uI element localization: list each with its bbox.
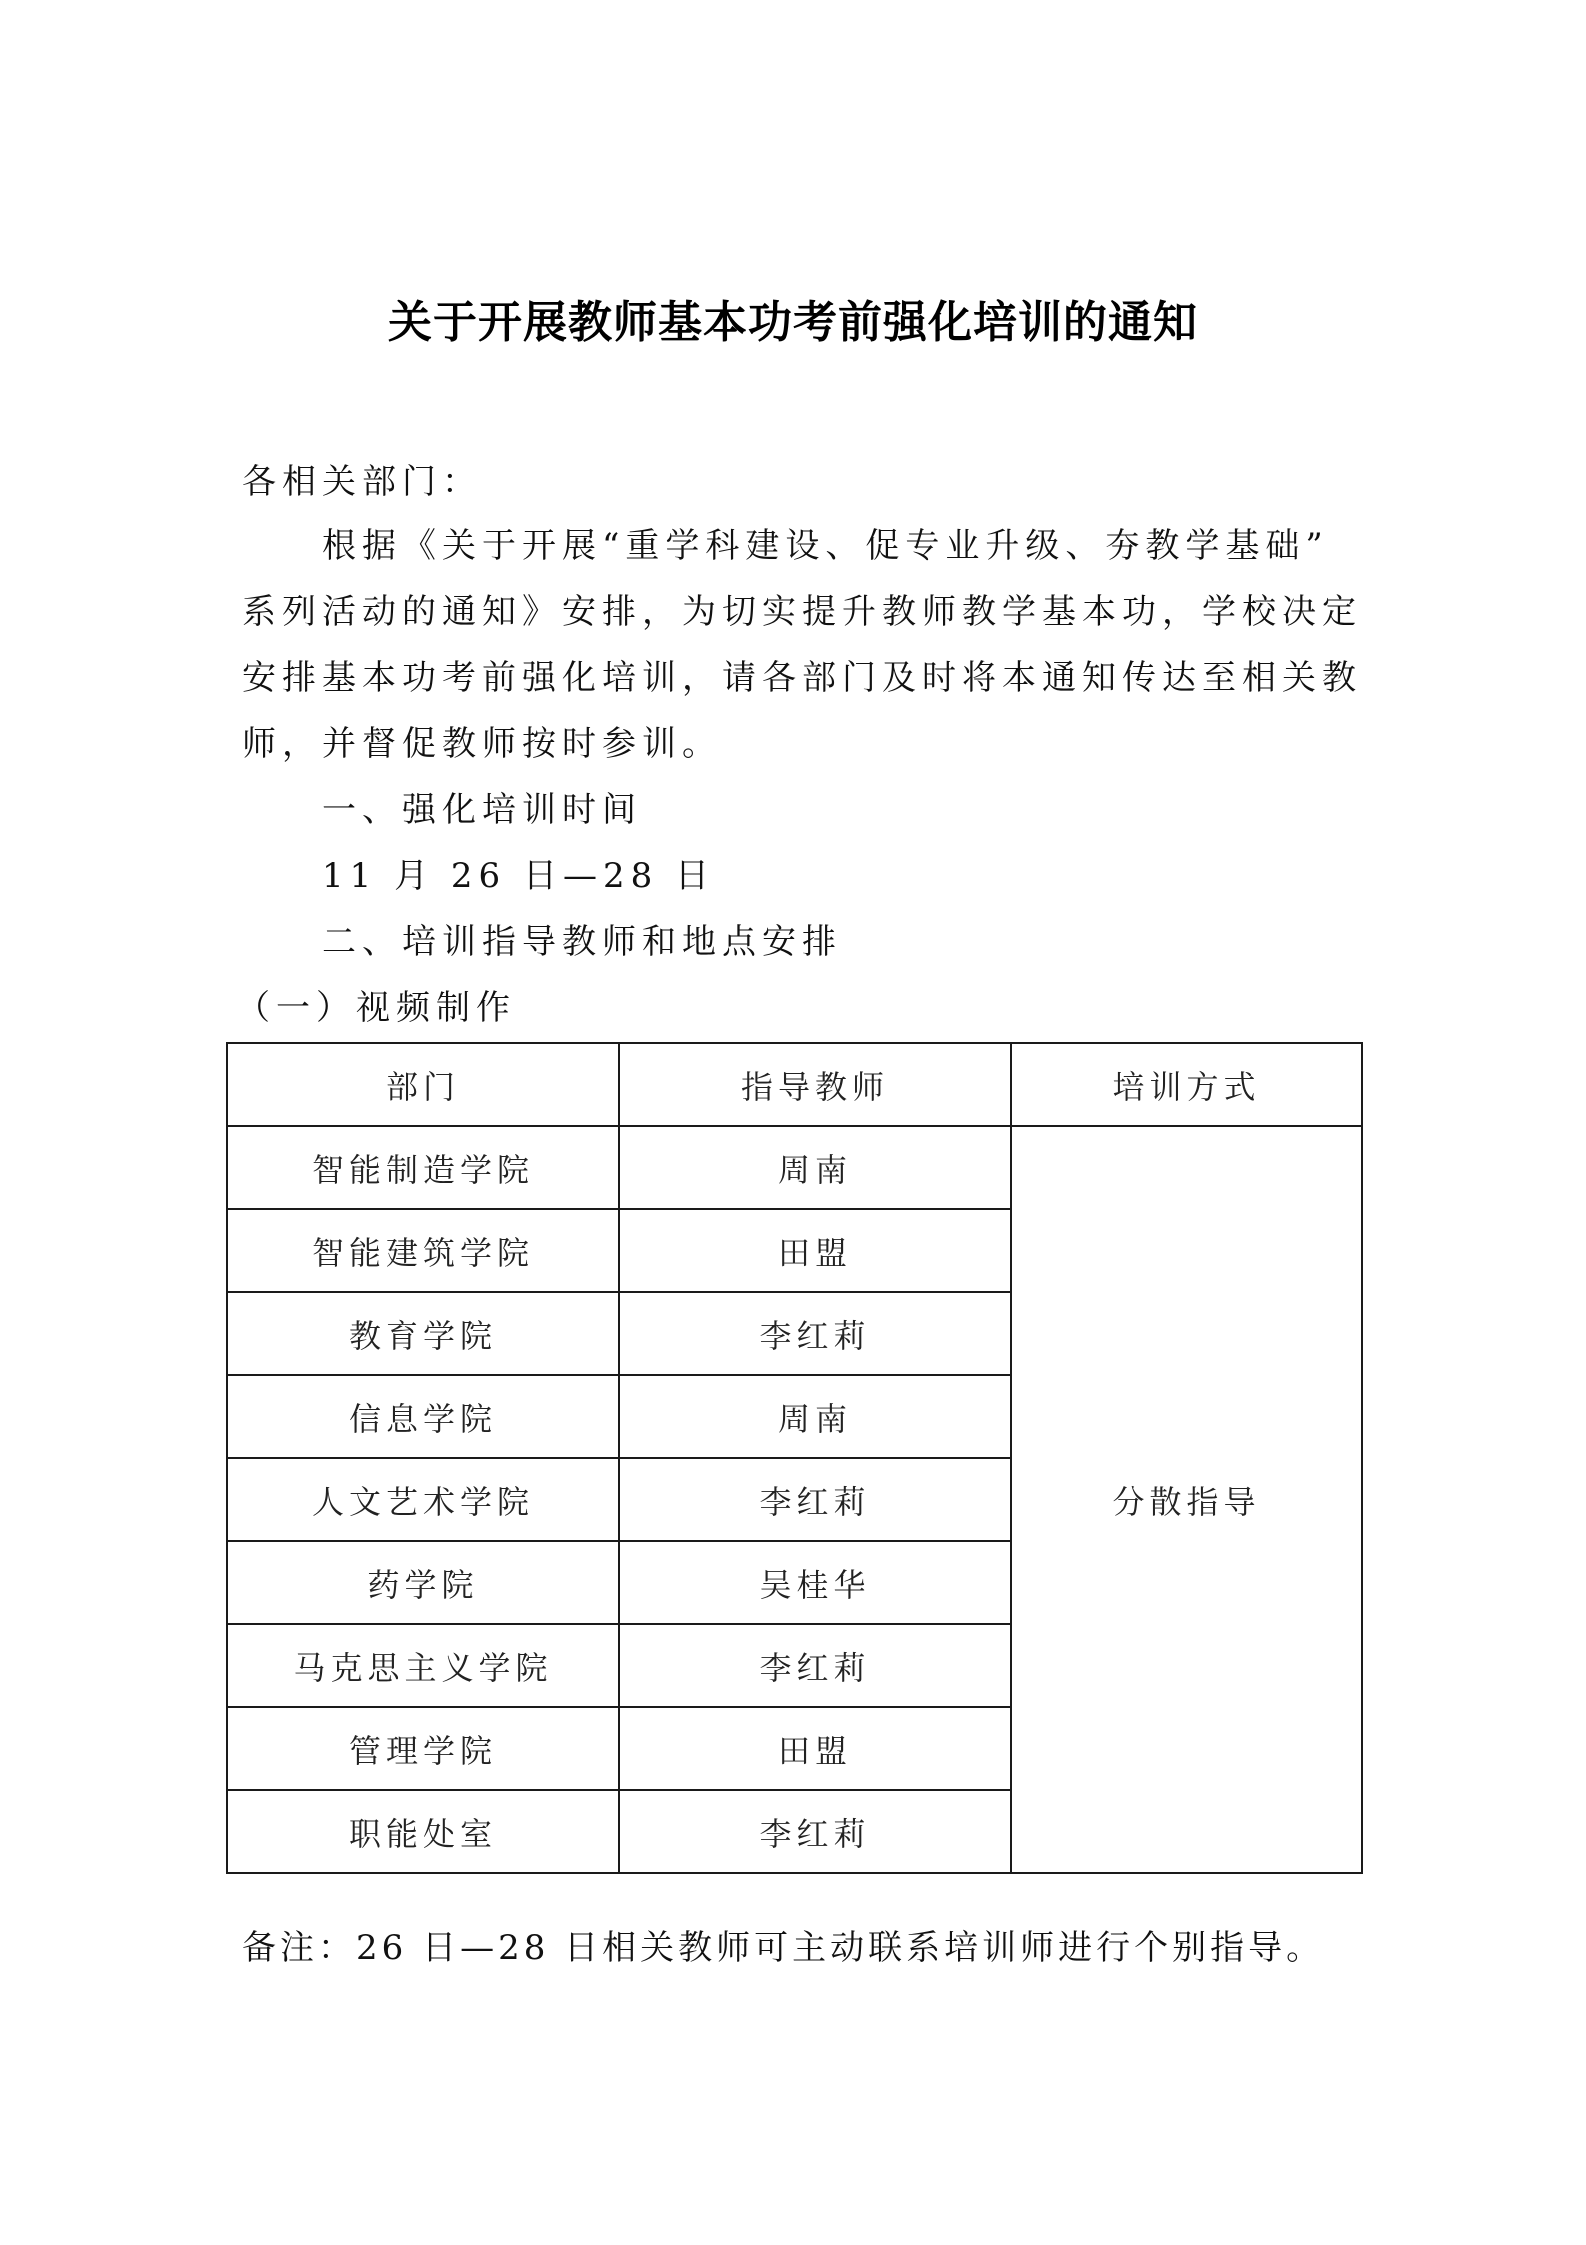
paragraph-line-1: 根据《关于开展“重学科建设、促专业升级、夯教学基础” [322,526,1329,566]
header-dept: 部门 [227,1043,619,1126]
cell-dept: 信息学院 [227,1375,619,1458]
table-row: 智能制造学院 周南 分散指导 [227,1126,1362,1209]
cell-dept: 教育学院 [227,1292,619,1375]
section1-content: 11 月 26 日—28 日 [322,856,715,896]
table-header-row: 部门 指导教师 培训方式 [227,1043,1362,1126]
header-method: 培训方式 [1011,1043,1362,1126]
cell-dept: 智能建筑学院 [227,1209,619,1292]
footnote: 备注：26 日—28 日相关教师可主动联系培训师进行个别指导。 [242,1920,1324,1969]
cell-dept: 人文艺术学院 [227,1458,619,1541]
section1-heading: 一、强化培训时间 [322,790,642,830]
section2-subheading: （一）视频制作 [236,988,516,1028]
document-title: 关于开展教师基本功考前强化培训的通知 [0,286,1586,350]
cell-teacher: 李红莉 [619,1790,1011,1873]
paragraph-line-3: 安排基本功考前强化培训，请各部门及时将本通知传达至相关教 [242,658,1362,698]
cell-dept: 职能处室 [227,1790,619,1873]
training-table: 部门 指导教师 培训方式 智能制造学院 周南 分散指导 智能建筑学院 田盟 教育… [226,1042,1363,1874]
cell-teacher: 李红莉 [619,1624,1011,1707]
section2-heading: 二、培训指导教师和地点安排 [322,922,842,962]
paragraph-line-4: 师，并督促教师按时参训。 [242,724,722,764]
cell-dept: 药学院 [227,1541,619,1624]
cell-teacher: 吴桂华 [619,1541,1011,1624]
cell-teacher: 田盟 [619,1209,1011,1292]
header-teacher: 指导教师 [619,1043,1011,1126]
cell-dept: 马克思主义学院 [227,1624,619,1707]
cell-teacher: 李红莉 [619,1292,1011,1375]
paragraph-line-2: 系列活动的通知》安排，为切实提升教师教学基本功，学校决定 [242,592,1362,632]
salutation: 各相关部门： [242,462,482,502]
cell-method: 分散指导 [1011,1126,1362,1873]
cell-teacher: 周南 [619,1126,1011,1209]
cell-teacher: 李红莉 [619,1458,1011,1541]
cell-dept: 智能制造学院 [227,1126,619,1209]
cell-dept: 管理学院 [227,1707,619,1790]
cell-teacher: 周南 [619,1375,1011,1458]
cell-teacher: 田盟 [619,1707,1011,1790]
